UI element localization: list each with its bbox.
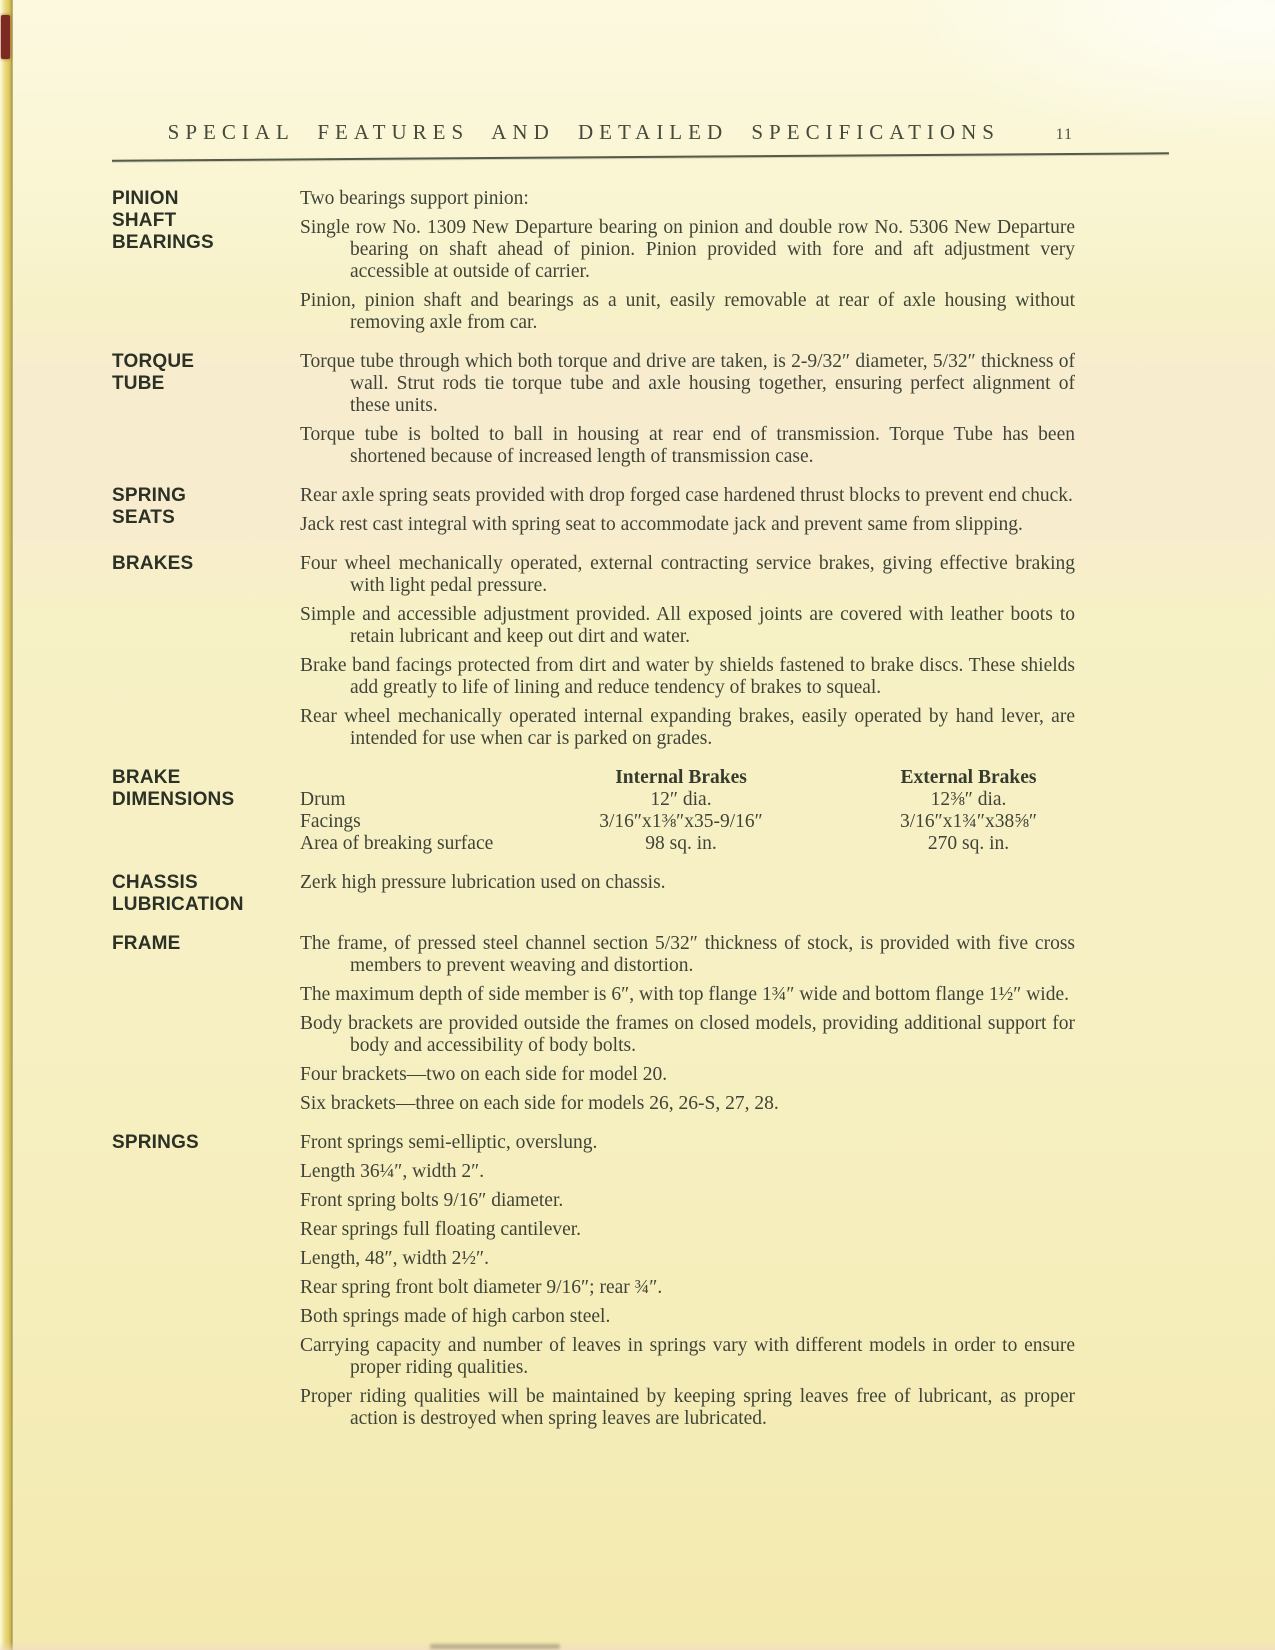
section-spring-seats: SPRING SEATS Rear axle spring seats prov… — [112, 485, 1075, 536]
table-cell: 270 sq. in. — [790, 833, 1075, 855]
spec-paragraph: Length, 48″, width 2½″. — [300, 1248, 1075, 1270]
row-label: Drum — [300, 789, 572, 811]
spec-paragraph: Two bearings support pinion: — [300, 188, 1075, 210]
table-cell: 3/16″x1¾″x38⅝″ — [790, 811, 1075, 833]
spec-paragraph: The maximum depth of side member is 6″, … — [300, 984, 1075, 1006]
spec-paragraph: Torque tube through which both torque an… — [300, 351, 1075, 417]
running-head: SPECIAL FEATURES AND DETAILED SPECIFICAT… — [0, 0, 1275, 158]
table-cell: 3/16″x1⅜″x35-9/16″ — [572, 811, 790, 833]
spec-paragraph: Single row No. 1309 New Departure bearin… — [300, 217, 1075, 283]
table-cell: 12″ dia. — [572, 789, 790, 811]
section-heading: SPRING SEATS — [112, 485, 300, 536]
spec-paragraph: Front springs semi-elliptic, overslung. — [300, 1132, 1075, 1154]
spec-paragraph: Torque tube is bolted to ball in housing… — [300, 424, 1075, 468]
section-chassis-lubrication: CHASSIS LUBRICATION Zerk high pressure l… — [112, 872, 1075, 916]
section-heading: TORQUE TUBE — [112, 351, 300, 468]
column-header-external-brakes: External Brakes — [790, 767, 1075, 789]
spec-paragraph: Jack rest cast integral with spring seat… — [300, 514, 1075, 536]
spec-paragraph: Simple and accessible adjustment provide… — [300, 604, 1075, 648]
section-pinion-shaft-bearings: PINION SHAFT BEARINGS Two bearings suppo… — [112, 188, 1075, 334]
section-torque-tube: TORQUE TUBE Torque tube through which bo… — [112, 351, 1075, 468]
section-heading: PINION SHAFT BEARINGS — [112, 188, 300, 334]
spec-paragraph: Zerk high pressure lubrication used on c… — [300, 872, 1075, 894]
spec-paragraph: Body brackets are provided outside the f… — [300, 1013, 1075, 1057]
spec-paragraph: Rear wheel mechanically operated interna… — [300, 706, 1075, 750]
section-heading: FRAME — [112, 933, 300, 1115]
section-springs: SPRINGS Front springs semi-elliptic, ove… — [112, 1132, 1075, 1430]
spec-paragraph: Proper riding qualities will be maintain… — [300, 1386, 1075, 1430]
spec-paragraph: Carrying capacity and number of leaves i… — [300, 1335, 1075, 1379]
row-label: Area of breaking surface — [300, 833, 572, 855]
spec-paragraph: Four brackets—two on each side for model… — [300, 1064, 1075, 1086]
section-heading: BRAKE DIMENSIONS — [112, 767, 300, 855]
section-heading: BRAKES — [112, 553, 300, 750]
spec-paragraph: Both springs made of high carbon steel. — [300, 1306, 1075, 1328]
spec-paragraph: Length 36¼″, width 2″. — [300, 1161, 1075, 1183]
table-cell-empty — [300, 767, 572, 789]
table-row: Area of breaking surface 98 sq. in. 270 … — [300, 833, 1075, 855]
section-heading: CHASSIS LUBRICATION — [112, 872, 300, 916]
spec-paragraph: Rear springs full floating cantilever. — [300, 1219, 1075, 1241]
section-brake-dimensions: BRAKE DIMENSIONS Internal Brakes Externa… — [112, 767, 1075, 855]
table-cell: 98 sq. in. — [572, 833, 790, 855]
table-header-row: Internal Brakes External Brakes — [300, 767, 1075, 789]
spec-paragraph: Brake band facings protected from dirt a… — [300, 655, 1075, 699]
spec-paragraph: Pinion, pinion shaft and bearings as a u… — [300, 290, 1075, 334]
table-cell: 12⅜″ dia. — [790, 789, 1075, 811]
page-bottom-edge — [0, 1642, 1275, 1650]
column-header-internal-brakes: Internal Brakes — [572, 767, 790, 789]
specifications-body: PINION SHAFT BEARINGS Two bearings suppo… — [0, 158, 1275, 1430]
table-row: Drum 12″ dia. 12⅜″ dia. — [300, 789, 1075, 811]
page-header-title: SPECIAL FEATURES AND DETAILED SPECIFICAT… — [112, 120, 1056, 145]
section-frame: FRAME The frame, of pressed steel channe… — [112, 933, 1075, 1115]
table-row: Facings 3/16″x1⅜″x35-9/16″ 3/16″x1¾″x38⅝… — [300, 811, 1075, 833]
scan-smudge — [430, 1644, 560, 1649]
scanned-document-page: SPECIAL FEATURES AND DETAILED SPECIFICAT… — [0, 0, 1275, 1650]
spec-paragraph: The frame, of pressed steel channel sect… — [300, 933, 1075, 977]
spec-paragraph: Six brackets—three on each side for mode… — [300, 1093, 1075, 1115]
row-label: Facings — [300, 811, 572, 833]
brake-dimensions-table: Internal Brakes External Brakes Drum 12″… — [300, 767, 1075, 855]
section-heading: SPRINGS — [112, 1132, 300, 1430]
page-number: 11 — [1056, 126, 1073, 144]
spec-paragraph: Rear spring front bolt diameter 9/16″; r… — [300, 1277, 1075, 1299]
spec-paragraph: Four wheel mechanically operated, extern… — [300, 553, 1075, 597]
spec-paragraph: Front spring bolts 9/16″ diameter. — [300, 1190, 1075, 1212]
spec-paragraph: Rear axle spring seats provided with dro… — [300, 485, 1075, 507]
section-brakes: BRAKES Four wheel mechanically operated,… — [112, 553, 1075, 750]
